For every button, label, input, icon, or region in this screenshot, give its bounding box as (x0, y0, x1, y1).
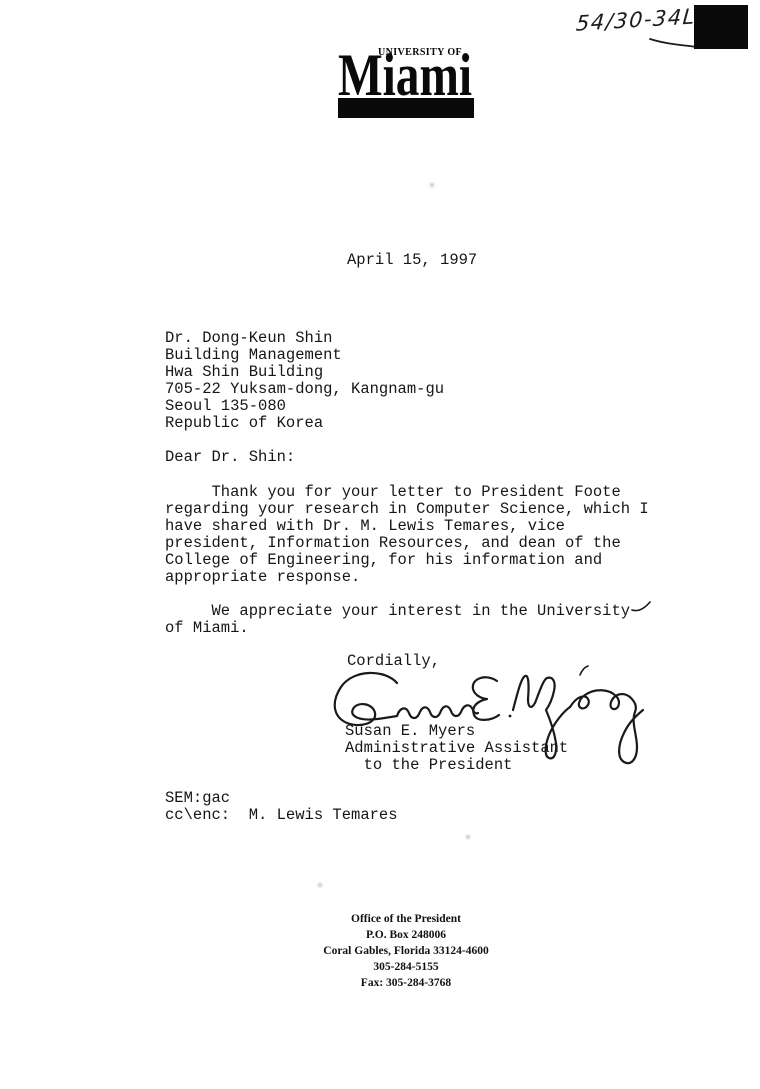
signer-line: Administrative Assistant (345, 740, 568, 757)
recipient-address-block: Dr. Dong-Keun ShinBuilding ManagementHwa… (165, 330, 444, 432)
recipient-address-line: Hwa Shin Building (165, 364, 444, 381)
letter-body-line (165, 586, 649, 603)
letter-body-line: regarding your research in Computer Scie… (165, 501, 649, 518)
letter-body-line: Thank you for your letter to President F… (165, 484, 649, 501)
corner-black-box (694, 5, 748, 49)
miami-wordmark: Miami (338, 49, 474, 99)
letterhead-footer: Office of the PresidentP.O. Box 248006Co… (296, 911, 516, 991)
recipient-address-line: Republic of Korea (165, 415, 444, 432)
footer-line: Office of the President (296, 911, 516, 927)
letter-body-line: president, Information Resources, and de… (165, 535, 649, 552)
recipient-address-line: Building Management (165, 347, 444, 364)
letter-body-line: have shared with Dr. M. Lewis Temares, v… (165, 518, 649, 535)
stray-pen-mark (630, 598, 654, 614)
salutation: Dear Dr. Shin: (165, 449, 295, 466)
scan-artifact-dot (318, 883, 322, 887)
signer-line: Susan E. Myers (345, 723, 568, 740)
recipient-address-line: Dr. Dong-Keun Shin (165, 330, 444, 347)
scan-artifact-dot (430, 183, 434, 187)
logo-black-bar (338, 98, 474, 118)
footer-line: P.O. Box 248006 (296, 927, 516, 943)
footer-line: 305-284-5155 (296, 959, 516, 975)
miami-wordmark-text: Miami (338, 49, 472, 99)
letter-body-line: of Miami. (165, 620, 649, 637)
signer-block: Susan E. MyersAdministrative Assistant t… (345, 723, 568, 774)
university-of-miami-logo: UNIVERSITY OF Miami (338, 45, 474, 120)
recipient-address-line: 705-22 Yuksam-dong, Kangnam-gu (165, 381, 444, 398)
letter-body-line: We appreciate your interest in the Unive… (165, 603, 649, 620)
reference-line: cc\enc: M. Lewis Temares (165, 807, 398, 824)
scan-artifact-dot (466, 835, 470, 839)
reference-line: SEM:gac (165, 790, 398, 807)
letter-date: April 15, 1997 (347, 252, 477, 269)
letter-body: Thank you for your letter to President F… (165, 484, 649, 637)
footer-line: Coral Gables, Florida 33124-4600 (296, 943, 516, 959)
letter-body-line: College of Engineering, for his informat… (165, 552, 649, 569)
footer-line: Fax: 305-284-3768 (296, 975, 516, 991)
handwritten-underline-stroke (578, 5, 708, 55)
scanned-letter-page: 54/30-34L UNIVERSITY OF Miami April 15, … (0, 0, 760, 1089)
signer-line: to the President (345, 757, 568, 774)
recipient-address-line: Seoul 135-080 (165, 398, 444, 415)
reference-block: SEM:gaccc\enc: M. Lewis Temares (165, 790, 398, 824)
letter-body-line: appropriate response. (165, 569, 649, 586)
